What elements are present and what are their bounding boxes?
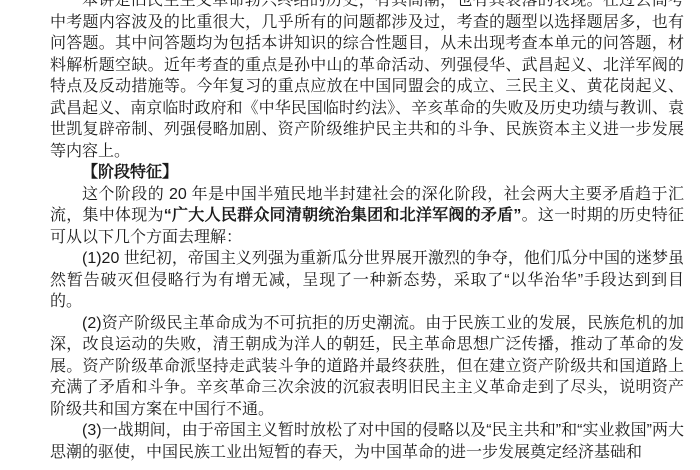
intro-paragraph: 本讲是旧民主主义革命勃兴终结的历史，有其高潮，也有其衰落的表现。在过去高考中考题… [50, 0, 684, 162]
document-page: 本讲是旧民主主义革命勃兴终结的历史，有其高潮，也有其衰落的表现。在过去高考中考题… [0, 0, 700, 470]
point-3-paragraph: (3)一战期间，由于帝国主义暂时放松了对中国的侵略以及“民主共和”和“实业救国”… [50, 420, 684, 463]
stage-overview-paragraph: 这个阶段的 20 年是中国半殖民地半封建社会的深化阶段，社会两大主要矛盾趋于汇流… [50, 184, 684, 249]
point-1-paragraph: (1)20 世纪初，帝国主义列强为重新瓜分世界展开激烈的争夺，他们瓜分中国的迷梦… [50, 248, 684, 313]
section-heading: 【阶段特征】 [50, 162, 684, 184]
point-2-paragraph: (2)资产阶级民主革命成为不可抗拒的历史潮流。由于民族工业的发展，民族危机的加深… [50, 313, 684, 421]
stage-emphasis-text: “广大人民群众同清朝统治集团和北洋军阀的矛盾” [164, 207, 522, 224]
document-text-area: 本讲是旧民主主义革命勃兴终结的历史，有其高潮，也有其衰落的表现。在过去高考中考题… [50, 0, 684, 463]
